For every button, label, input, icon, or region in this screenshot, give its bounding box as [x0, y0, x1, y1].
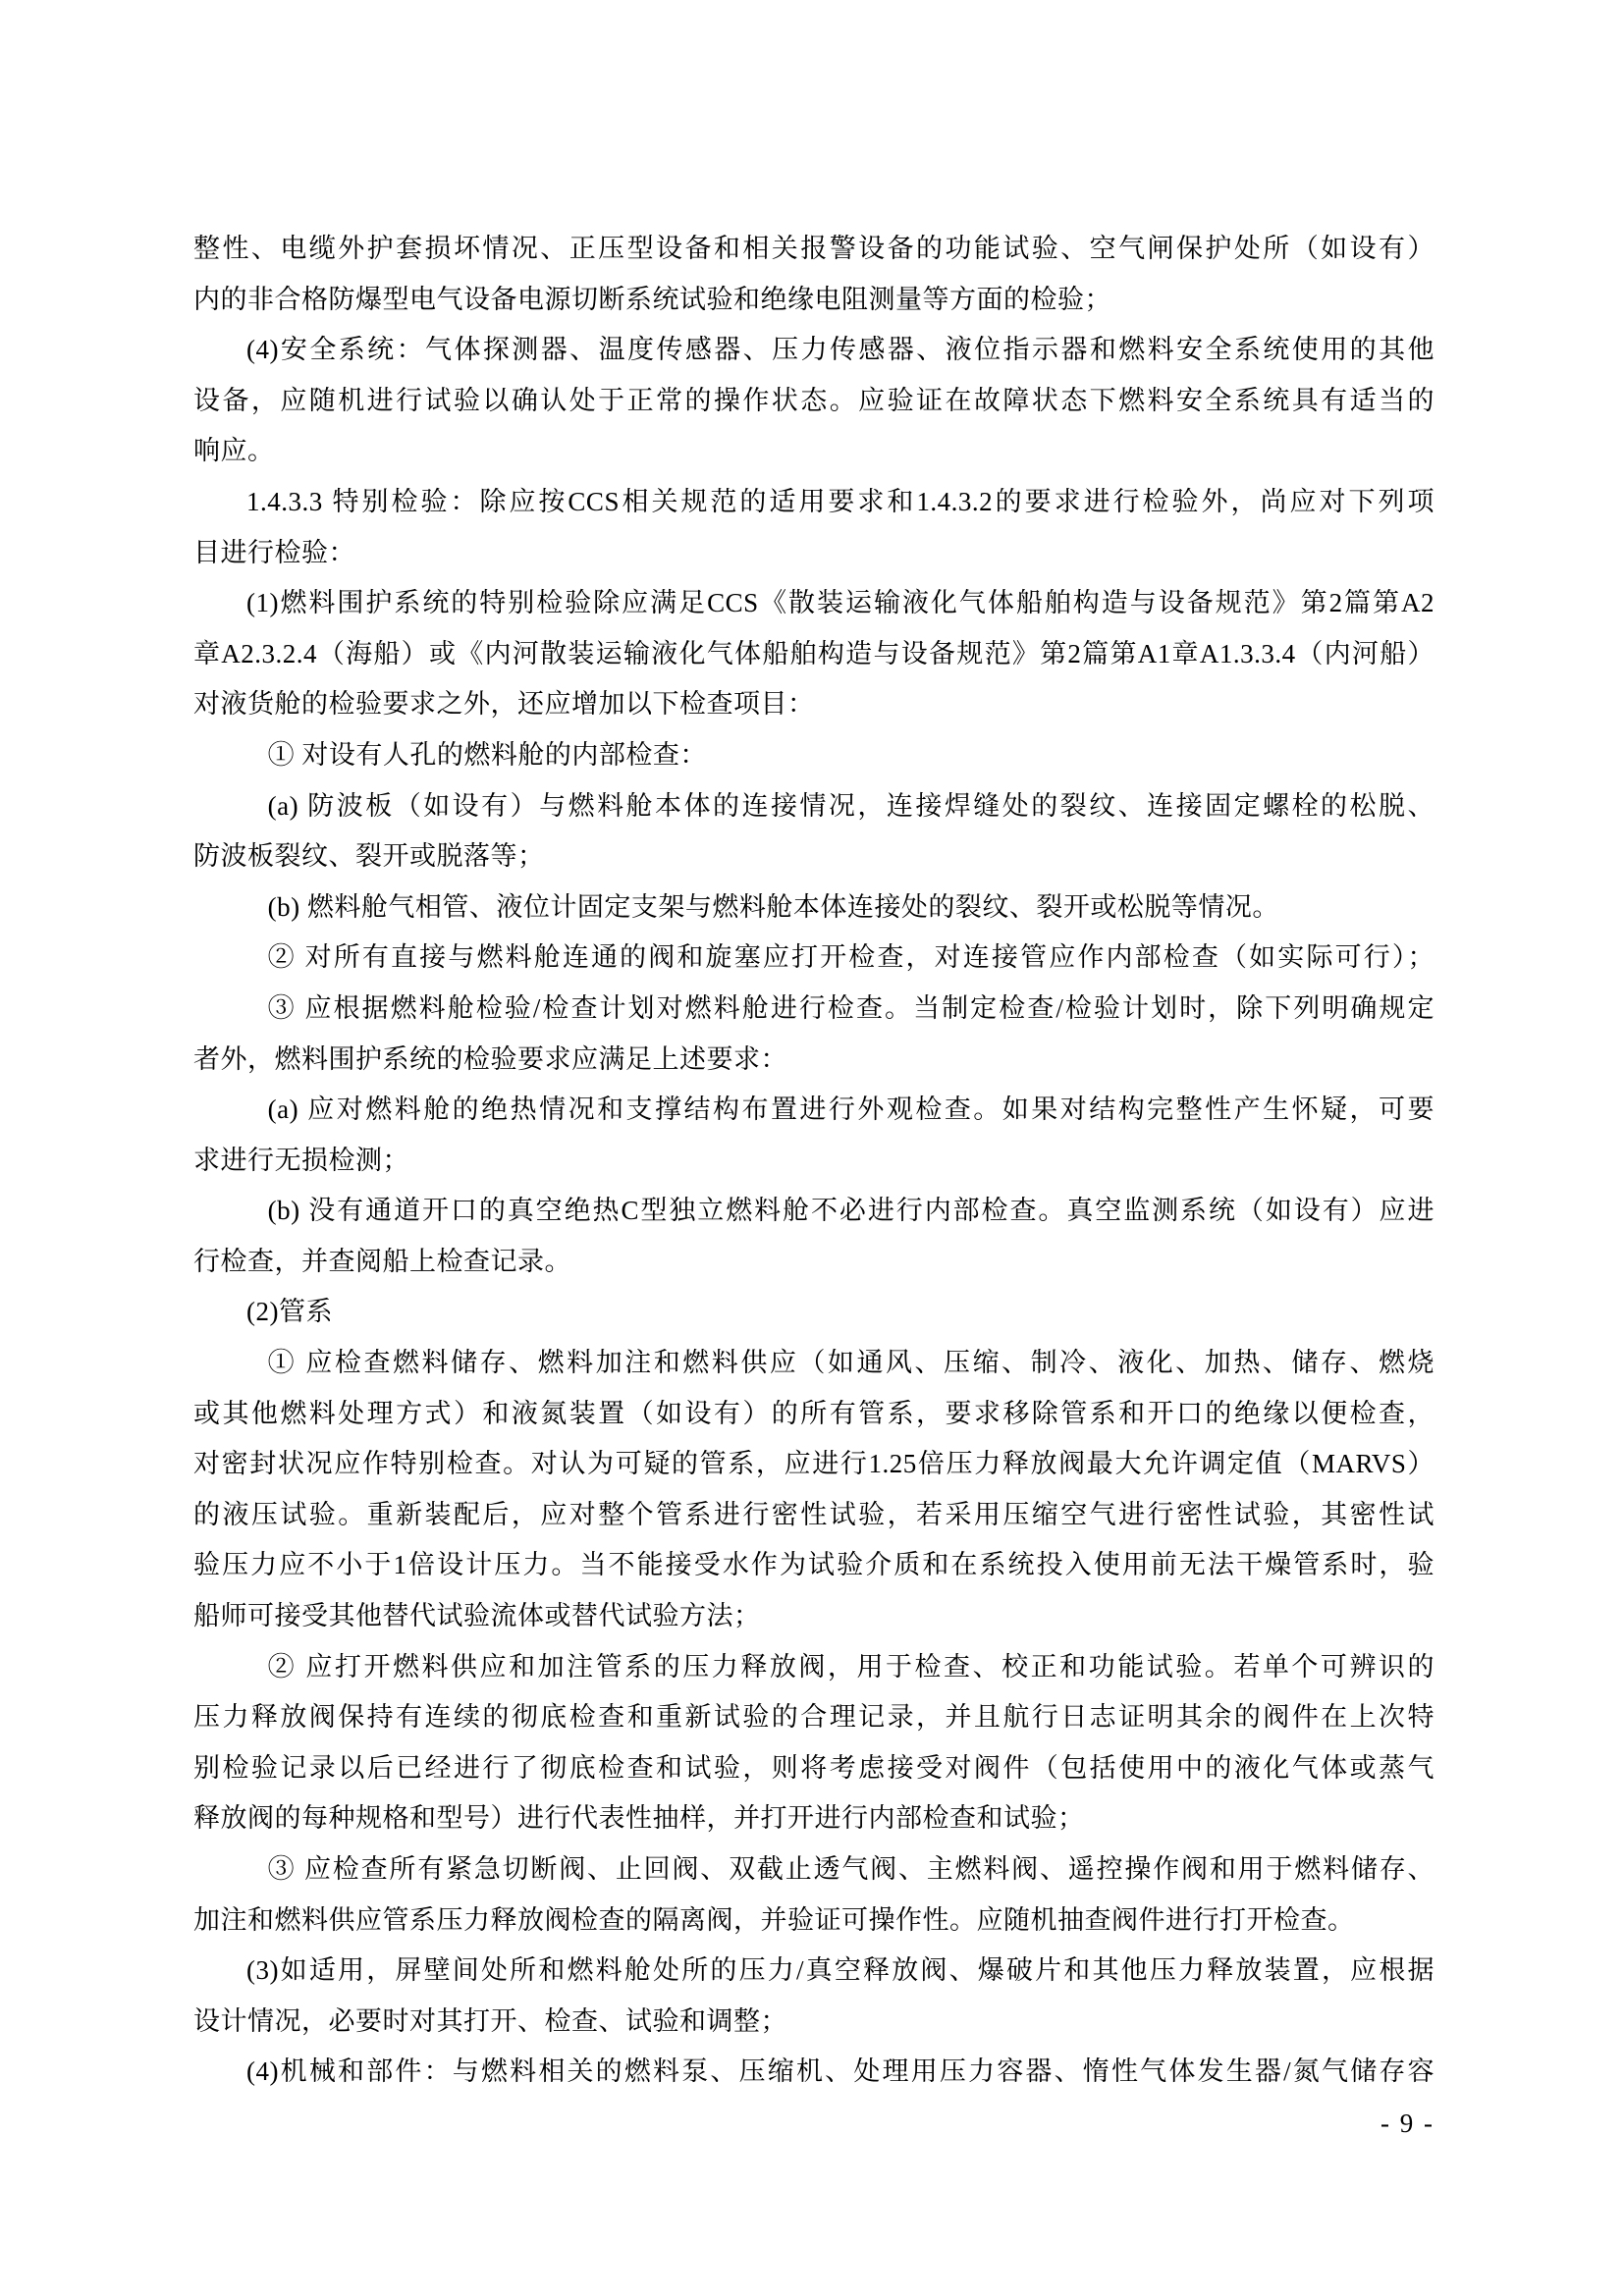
text-line: (a) 防波板（如设有）与燃料舱本体的连接情况，连接焊缝处的裂纹、连接固定螺栓的… [193, 781, 1435, 832]
text-line: ③ 应根据燃料舱检验/检查计划对燃料舱进行检查。当制定检查/检验计划时，除下列明… [193, 984, 1435, 1035]
text-line: (4)机械和部件：与燃料相关的燃料泵、压缩机、处理用压力容器、惰性气体发生器/氮… [193, 2047, 1435, 2098]
text-line: 者外，燃料围护系统的检验要求应满足上述要求： [193, 1035, 1435, 1086]
text-line: 行检查，并查阅船上检查记录。 [193, 1237, 1435, 1288]
text-line: (a) 应对燃料舱的绝热情况和支撑结构布置进行外观检查。如果对结构完整性产生怀疑… [193, 1085, 1435, 1136]
text-line: 整性、电缆外护套损坏情况、正压型设备和相关报警设备的功能试验、空气闸保护处所（如… [193, 224, 1435, 275]
text-line: (2)管系 [193, 1287, 1435, 1338]
text-line: 加注和燃料供应管系压力释放阀检查的隔离阀，并验证可操作性。应随机抽查阀件进行打开… [193, 1896, 1435, 1947]
text-line: ② 对所有直接与燃料舱连通的阀和旋塞应打开检查，对连接管应作内部检查（如实际可行… [193, 933, 1435, 984]
text-line: 的液压试验。重新装配后，应对整个管系进行密性试验，若采用压缩空气进行密性试验，其… [193, 1490, 1435, 1541]
text-block: 整性、电缆外护套损坏情况、正压型设备和相关报警设备的功能试验、空气闸保护处所（如… [193, 224, 1435, 2098]
text-line: ① 对设有人孔的燃料舱的内部检查： [193, 730, 1435, 781]
text-line: 章A2.3.2.4（海船）或《内河散装运输液化气体船舶构造与设备规范》第2篇第A… [193, 629, 1435, 680]
text-line: ③ 应检查所有紧急切断阀、止回阀、双截止透气阀、主燃料阀、遥控操作阀和用于燃料储… [193, 1844, 1435, 1896]
text-line: 求进行无损检测； [193, 1136, 1435, 1187]
text-line: 1.4.3.3 特别检验：除应按CCS相关规范的适用要求和1.4.3.2的要求进… [193, 477, 1435, 528]
text-line: 内的非合格防爆型电气设备电源切断系统试验和绝缘电阻测量等方面的检验； [193, 275, 1435, 326]
text-line: ② 应打开燃料供应和加注管系的压力释放阀，用于检查、校正和功能试验。若单个可辨识… [193, 1642, 1435, 1693]
text-line: 验压力应不小于1倍设计压力。当不能接受水作为试验介质和在系统投入使用前无法干燥管… [193, 1540, 1435, 1591]
text-line: 对液货舱的检验要求之外，还应增加以下检查项目： [193, 679, 1435, 730]
text-line: 目进行检验： [193, 528, 1435, 579]
text-line: ① 应检查燃料储存、燃料加注和燃料供应（如通风、压缩、制冷、液化、加热、储存、燃… [193, 1338, 1435, 1389]
text-line: (3)如适用，屏壁间处所和燃料舱处所的压力/真空释放阀、爆破片和其他压力释放装置… [193, 1946, 1435, 1997]
text-line: 防波板裂纹、裂开或脱落等； [193, 831, 1435, 882]
text-line: 释放阀的每种规格和型号）进行代表性抽样，并打开进行内部检查和试验； [193, 1793, 1435, 1844]
text-line: 压力释放阀保持有连续的彻底检查和重新试验的合理记录，并且航行日志证明其余的阀件在… [193, 1692, 1435, 1743]
text-line: 设备，应随机进行试验以确认处于正常的操作状态。应验证在故障状态下燃料安全系统具有… [193, 376, 1435, 427]
text-line: 设计情况，必要时对其打开、检查、试验和调整； [193, 1997, 1435, 2048]
text-line: 或其他燃料处理方式）和液氮装置（如设有）的所有管系，要求移除管系和开口的绝缘以便… [193, 1389, 1435, 1440]
page-number: - 9 - [1380, 2109, 1435, 2139]
text-line: 别检验记录以后已经进行了彻底检查和试验，则将考虑接受对阀件（包括使用中的液化气体… [193, 1743, 1435, 1794]
text-line: (4)安全系统：气体探测器、温度传感器、压力传感器、液位指示器和燃料安全系统使用… [193, 325, 1435, 376]
text-line: (b) 燃料舱气相管、液位计固定支架与燃料舱本体连接处的裂纹、裂开或松脱等情况。 [193, 882, 1435, 934]
text-line: 对密封状况应作特别检查。对认为可疑的管系，应进行1.25倍压力释放阀最大允许调定… [193, 1439, 1435, 1490]
text-line: (1)燃料围护系统的特别检验除应满足CCS《散装运输液化气体船舶构造与设备规范》… [193, 578, 1435, 629]
text-line: (b) 没有通道开口的真空绝热C型独立燃料舱不必进行内部检查。真空监测系统（如设… [193, 1186, 1435, 1237]
text-line: 响应。 [193, 426, 1435, 477]
text-line: 船师可接受其他替代试验流体或替代试验方法； [193, 1591, 1435, 1642]
